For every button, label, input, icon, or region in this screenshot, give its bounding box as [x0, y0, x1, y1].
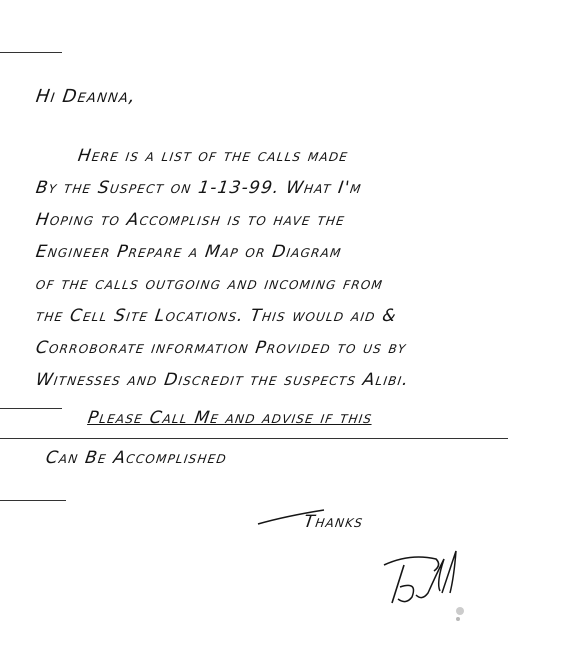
body-line-5: of the calls outgoing and incoming from [35, 274, 385, 294]
body-line-4: Engineer Prepare a Map or Diagram [35, 242, 344, 262]
body-line-3: Hoping to Accomplish is to have the [35, 210, 347, 230]
request-line-2: Can Be Accomplished [45, 448, 229, 468]
margin-rule-top [0, 52, 62, 53]
body-line-6: the Cell Site Locations. This would aid … [35, 306, 399, 326]
underline-rule [0, 438, 508, 439]
signature [370, 535, 480, 625]
body-line-7: Corroborate information Provided to us b… [35, 338, 408, 358]
margin-rule-mid [0, 408, 62, 409]
request-line-1: Please Call Me and advise if this [87, 408, 374, 428]
margin-rule-bottom [0, 500, 66, 501]
body-line-2: By the Suspect on 1-13-99. What I'm [35, 178, 364, 198]
salutation: Hi Deanna, [35, 86, 138, 107]
closing: Thanks [303, 512, 365, 532]
body-line-1: Here is a list of the calls made [77, 146, 350, 166]
body-line-8: Witnesses and Discredit the suspects Ali… [35, 370, 411, 390]
